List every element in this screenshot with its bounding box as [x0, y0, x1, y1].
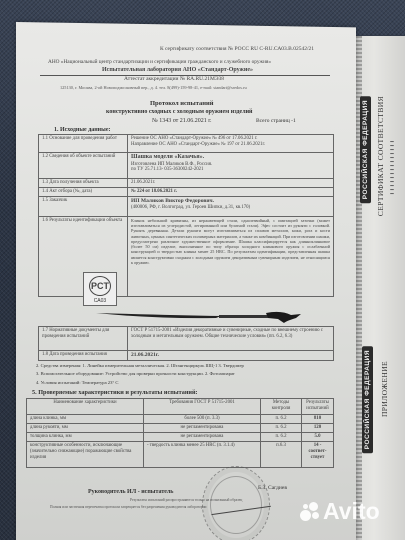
footnote-reprint: Полная или частичная перепечатка протоко…	[50, 505, 206, 509]
certificate-reference: К сертификату соответствия № РОСС RU С-R…	[160, 46, 314, 52]
section-3: 3. Вспомогательное оборудование: Устройс…	[36, 371, 235, 376]
row-value: 21.06.2021г.	[128, 351, 334, 361]
pct-certification-mark: PCT СА03	[83, 272, 117, 306]
signer-name: Б.З. Сагдиев	[258, 485, 287, 491]
table-row: 1.5 Заказчик ИП Маликов Виктор Федорович…	[39, 196, 334, 216]
appendix-label: ПРИЛОЖЕНИЕ	[380, 361, 389, 417]
signer-title: Руководитель ИЛ - испытатель	[88, 489, 173, 495]
cell-requirement: не регламентирована	[144, 423, 261, 432]
table-row: 1.3 Дата получения объекта 21.06.2021г.	[39, 179, 334, 188]
header-characteristic: Наименование характеристики	[27, 399, 144, 415]
cell-result: 5.0	[302, 432, 334, 441]
row-label: 1.7 Нормативные документы для проведения…	[39, 327, 128, 351]
cell-method: п.6.3	[261, 441, 302, 467]
table-row: 1.7 Нормативные документы для проведения…	[39, 327, 334, 351]
page-count: Всего страниц -1	[256, 118, 296, 124]
avito-logo-icon	[300, 502, 320, 522]
cell-result: 120	[302, 423, 334, 432]
cell-characteristic: конструктивные особенности, исключающие …	[27, 441, 144, 467]
row-label: 1.8 Дата проведения испытания	[39, 351, 128, 361]
table-row: длина рукояти, мм не регламентирована п.…	[27, 423, 334, 432]
row-label: 1.1 Основание для проведения работ	[39, 135, 128, 153]
cell-characteristic: длина клинка, мм	[27, 415, 144, 424]
organization-line: АНО «Национальный центр стандартизации и…	[48, 59, 271, 65]
table-row: 1.8 Дата проведения испытания 21.06.2021…	[39, 351, 334, 361]
table-row: 1.2 Сведения об объекте испытаний Шашка …	[39, 153, 334, 179]
row-label: 1.5 Заказчик	[39, 196, 128, 216]
table-row: конструктивные особенности, исключающие …	[27, 441, 334, 467]
results-table: Наименование характеристики Требования Г…	[26, 398, 334, 468]
header-results: Результаты испытаний	[302, 399, 334, 415]
lab-address: 125130, г. Москва, 2-ой Новоподмосковный…	[60, 85, 247, 90]
header-requirements: Требования ГОСТ Р 51715-2001	[144, 399, 261, 415]
rf-badge-bottom: РОССИЙСКАЯ ФЕДЕРАЦИЯ	[362, 346, 373, 453]
table-row: 1.1 Основание для проведения работ Решен…	[39, 135, 334, 153]
table-row: 1.4 Акт отбора (№, дата) № 224 от 18.06.…	[39, 187, 334, 196]
section-4: 4. Условия испытаний: Температура 23° С	[36, 380, 118, 385]
row-value: Клинок небольшой кривизны, из нержавеюще…	[128, 216, 334, 296]
avito-brand-text: Avito	[323, 498, 380, 525]
cell-result: 14 - соответ- ствует	[302, 441, 334, 467]
row-value: ГОСТ Р 51715-2001 «Изделия декоративные …	[128, 327, 334, 351]
certificate-strip: РОССИЙСКАЯ ФЕДЕРАЦИЯ СЕРТИФИКАТ СООТВЕТС…	[350, 36, 405, 540]
cell-method: п. 6.2	[261, 415, 302, 424]
row-label: 1.4 Акт отбора (№, дата)	[39, 187, 128, 196]
table-row: длина клинка, мм более 500 (п. 3.3) п. 6…	[27, 415, 334, 424]
row-value: № 224 от 18.06.2021 г.	[128, 187, 334, 196]
protocol-number: № 1343 от 21.06.2021 г.	[152, 118, 212, 124]
cell-result: 810	[302, 415, 334, 424]
row-value: Шашка модели «Казачья».Изготовлена ИП Ма…	[128, 153, 334, 179]
lab-name: Испытательная лаборатория АНО «Стандарт-…	[102, 67, 253, 73]
product-details: Изготовлена ИП Маликов В.Ф., Россия. по …	[131, 162, 330, 174]
row-value: Решение ОС АНО «Стандарт-Оружие» № 496 о…	[128, 135, 334, 153]
row-value: ИП Маликов Виктор Федорович.(400006, РФ,…	[128, 196, 334, 216]
header-methods: Методы контроля	[261, 399, 302, 415]
product-name: Шашка модели «Казачья».	[131, 154, 330, 162]
normative-table: 1.7 Нормативные документы для проведения…	[38, 326, 334, 361]
section-5-heading: 5. Проверяемые характеристики и результа…	[32, 389, 198, 396]
protocol-subtitle: конструктивно сходных с холодным оружием…	[106, 109, 252, 115]
cell-method: п. 6.2	[261, 432, 302, 441]
saber-photo	[96, 311, 306, 323]
cell-method: п. 6.2	[261, 423, 302, 432]
customer-address: (400006, РФ, г. Волгоград, ул. Героев Ши…	[131, 205, 330, 211]
row-label: 1.3 Дата получения объекта	[39, 179, 128, 188]
row-label: 1.2 Сведения об объекте испытаний	[39, 153, 128, 179]
certificate-title: СЕРТИФИКАТ СООТВЕТСТВИЯ	[376, 96, 385, 216]
cell-requirement: - твердость клинка менее 25 HRC (п. 3.1.…	[144, 441, 261, 467]
section-2: 2. Средства измерения: 1. Линейка измери…	[36, 363, 244, 368]
customer-name: ИП Маликов Виктор Федорович.	[131, 198, 330, 205]
results-header-row: Наименование характеристики Требования Г…	[27, 399, 334, 415]
pct-code: СА03	[84, 298, 116, 304]
avito-watermark: Avito	[300, 498, 380, 525]
pct-logo-icon: PCT	[89, 276, 111, 296]
footnote-results: Результаты испытаний распространяются то…	[130, 498, 242, 502]
section-1-heading: 1. Исходные данные:	[54, 127, 110, 133]
accreditation: Аттестат аккредитации № RA.RU.21МЭ38	[124, 76, 224, 82]
cell-characteristic: длина рукояти, мм	[27, 423, 144, 432]
table-row: толщина клинка, мм не регламентирована п…	[27, 432, 334, 441]
protocol-title: Протокол испытаний	[150, 100, 214, 107]
cell-characteristic: толщина клинка, мм	[27, 432, 144, 441]
row-value: 21.06.2021г.	[128, 179, 334, 188]
cell-requirement: не регламентирована	[144, 432, 261, 441]
certificate-fine-print: ▬▬▬▬▬▬▬▬▬▬▬▬▬▬	[390, 106, 394, 196]
cell-requirement: более 500 (п. 3.3)	[144, 415, 261, 424]
rf-badge-top: РОССИЙСКАЯ ФЕДЕРАЦИЯ	[360, 96, 371, 203]
